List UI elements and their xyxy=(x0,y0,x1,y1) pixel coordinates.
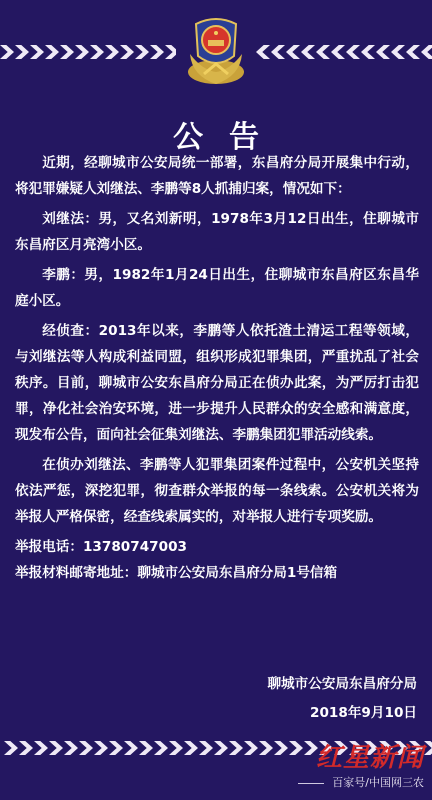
chevron-icon xyxy=(45,45,59,59)
signature: 聊城市公安局东昌府分局 2018年9月10日 xyxy=(267,670,417,728)
chevron-icon xyxy=(64,741,78,755)
chevron-icon xyxy=(301,45,315,59)
chevron-icon xyxy=(105,45,119,59)
chevron-icon xyxy=(286,45,300,59)
chevron-icon xyxy=(30,45,44,59)
chevron-icon xyxy=(124,741,138,755)
watermark-source-line: 百家号/中国网三农 xyxy=(298,775,424,791)
report-mail: 举报材料邮寄地址：聊城市公安局东昌府分局1号信箱 xyxy=(15,560,419,586)
chevron-icon xyxy=(256,45,270,59)
chevron-band-right xyxy=(256,42,432,62)
chevron-icon xyxy=(120,45,134,59)
chevron-icon xyxy=(421,45,432,59)
chevron-icon xyxy=(19,741,33,755)
chevron-icon xyxy=(79,741,93,755)
chevron-icon xyxy=(259,741,273,755)
chevron-icon xyxy=(60,45,74,59)
chevron-icon xyxy=(139,741,153,755)
report-phone-label: 举报电话： xyxy=(15,539,83,555)
paragraph-intro: 近期，经聊城市公安局统一部署，东昌府分局开展集中行动，将犯罪嫌疑人刘继法、李鹏等… xyxy=(15,150,419,202)
chevron-icon xyxy=(361,45,375,59)
chevron-icon xyxy=(109,741,123,755)
police-emblem-icon xyxy=(182,14,250,88)
watermark-source: 百家号/中国网三农 xyxy=(332,776,424,789)
chevron-icon xyxy=(244,741,258,755)
paragraph-suspect-li: 李鹏：男，1982年1月24日出生，住聊城市东昌府区东昌华庭小区。 xyxy=(15,262,419,314)
chevron-icon xyxy=(331,45,345,59)
chevron-icon xyxy=(15,45,29,59)
chevron-icon xyxy=(184,741,198,755)
chevron-icon xyxy=(0,45,14,59)
chevron-icon xyxy=(376,45,390,59)
report-mail-label: 举报材料邮寄地址： xyxy=(15,565,137,581)
chevron-icon xyxy=(214,741,228,755)
paragraph-suspect-liu: 刘继法：男，又名刘新明，1978年3月12日出生，住聊城市东昌府区月亮湾小区。 xyxy=(15,206,419,258)
chevron-icon xyxy=(229,741,243,755)
chevron-icon xyxy=(274,741,288,755)
report-phone: 举报电话：13780747003 xyxy=(15,534,419,560)
signature-date: 2018年9月10日 xyxy=(267,699,417,728)
report-phone-number: 13780747003 xyxy=(83,539,187,555)
chevron-icon xyxy=(346,45,360,59)
chevron-icon xyxy=(406,45,420,59)
report-mail-address: 聊城市公安局东昌府分局1号信箱 xyxy=(137,565,337,581)
chevron-icon xyxy=(169,741,183,755)
signature-org: 聊城市公安局东昌府分局 xyxy=(267,670,417,699)
chevron-icon xyxy=(316,45,330,59)
chevron-icon xyxy=(94,741,108,755)
chevron-icon xyxy=(165,45,176,59)
chevron-band-left xyxy=(0,42,176,62)
paragraph-reward: 在侦办刘继法、李鹏等人犯罪集团案件过程中，公安机关坚持依法严惩，深挖犯罪，彻查群… xyxy=(15,452,419,530)
dash-divider xyxy=(298,783,324,784)
watermark: 红星新闻 百家号/中国网三农 xyxy=(298,743,424,791)
paragraph-investigation: 经侦查：2013年以来，李鹏等人依托渣土清运工程等领域，与刘继法等人构成利益同盟… xyxy=(15,318,419,448)
chevron-icon xyxy=(34,741,48,755)
watermark-logo: 红星新闻 xyxy=(298,743,424,773)
chevron-icon xyxy=(199,741,213,755)
chevron-icon xyxy=(154,741,168,755)
chevron-icon xyxy=(135,45,149,59)
chevron-icon xyxy=(271,45,285,59)
chevron-icon xyxy=(391,45,405,59)
chevron-icon xyxy=(150,45,164,59)
chevron-icon xyxy=(75,45,89,59)
chevron-icon xyxy=(90,45,104,59)
chevron-icon xyxy=(4,741,18,755)
chevron-icon xyxy=(424,741,432,755)
chevron-icon xyxy=(49,741,63,755)
notice-body: 近期，经聊城市公安局统一部署，东昌府分局开展集中行动，将犯罪嫌疑人刘继法、李鹏等… xyxy=(15,150,419,586)
